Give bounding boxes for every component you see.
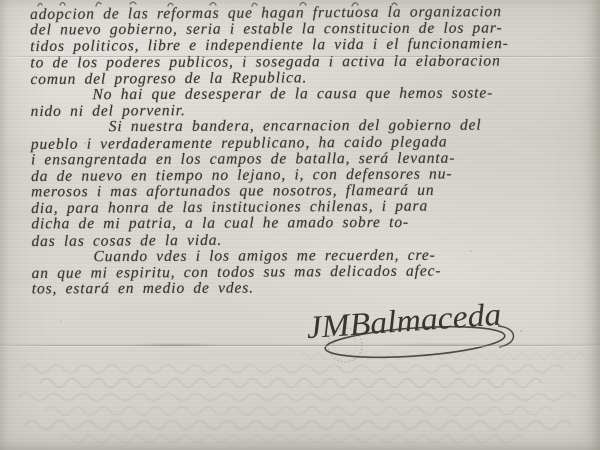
ghost-line bbox=[40, 379, 542, 388]
ghost-line bbox=[2, 146, 35, 154]
ghost-line bbox=[45, 407, 553, 415]
ghost-line bbox=[25, 421, 571, 430]
letter-body: adopcion de las reformas que hagan fruct… bbox=[30, 4, 590, 299]
signature-name: JMBalmaceda bbox=[305, 296, 502, 346]
ghost-line bbox=[2, 211, 35, 219]
manuscript-line: Cuando vdes i los amigos me recuerden, c… bbox=[31, 247, 589, 265]
ghost-line bbox=[60, 435, 524, 442]
manuscript-line: Si nuestra bandera, encarnacion del gobi… bbox=[31, 117, 589, 135]
manuscript-line: i ensangrentada en los campos de batalla… bbox=[31, 150, 589, 168]
ghost-line bbox=[18, 393, 575, 400]
fold-crease-top bbox=[0, 56, 600, 57]
clipped-line-remnant bbox=[0, 0, 600, 10]
manuscript-line: dicha de mi patria, a la cual he amado s… bbox=[31, 215, 589, 233]
ghost-line bbox=[2, 276, 29, 284]
manuscript-page: adopcion de las reformas que hagan fruct… bbox=[0, 0, 600, 450]
manuscript-line: del nuevo gobierno, seria i estable la c… bbox=[30, 20, 588, 38]
ink-speck bbox=[60, 320, 62, 322]
manuscript-line: No hai que desesperar de la causa que he… bbox=[31, 85, 589, 103]
fold-crease-bottom bbox=[0, 345, 600, 346]
manuscript-line: merosos i mas afortunados que nosotros, … bbox=[31, 182, 589, 200]
signature-block: JMBalmaceda bbox=[295, 290, 590, 368]
